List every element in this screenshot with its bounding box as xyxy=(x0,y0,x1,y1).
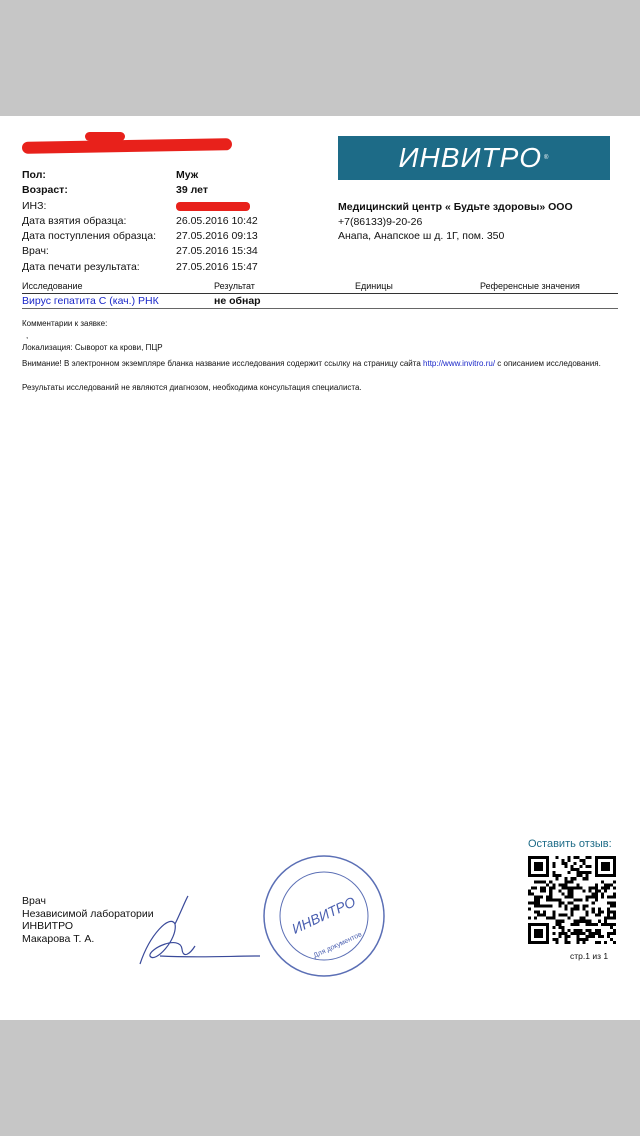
field-value xyxy=(176,202,250,211)
divider xyxy=(22,308,618,309)
comments-label: Комментарии к заявке: xyxy=(22,319,602,329)
localization: Локализация: Сыворот ка крови, ПЦР xyxy=(22,343,602,353)
page-number: стр.1 из 1 xyxy=(570,951,608,961)
col-units: Единицы xyxy=(355,281,393,291)
svg-text:ИНВИТРО: ИНВИТРО xyxy=(289,893,358,936)
medical-center-info: Медицинский центр « Будьте здоровы» ООО … xyxy=(338,200,573,244)
signature-icon xyxy=(120,894,280,974)
field-value: 26.05.2016 10:42 xyxy=(176,214,258,229)
col-test: Исследование xyxy=(22,281,82,291)
invitro-link[interactable]: http://www.invitro.ru/ xyxy=(423,359,495,368)
qr-code-icon[interactable] xyxy=(528,856,616,944)
invitro-logo: ИНВИТРО® xyxy=(338,136,610,180)
field-label: Возраст: xyxy=(22,183,68,198)
results-table-header: Исследование Результат Единицы Референсн… xyxy=(22,280,618,292)
field-label: Дата печати результата: xyxy=(22,260,140,275)
field-value: Муж xyxy=(176,168,198,183)
col-ref: Референсные значения xyxy=(480,281,580,291)
field-label: Врач: xyxy=(22,244,49,259)
col-result: Результат xyxy=(214,281,255,291)
field-label: Дата поступления образца: xyxy=(22,229,156,244)
field-label: Пол: xyxy=(22,168,46,183)
disclaimer: Результаты исследований не являются диаг… xyxy=(22,383,602,393)
divider xyxy=(22,293,618,294)
redacted-patient-name-2 xyxy=(85,132,125,141)
field-value: 39 лет xyxy=(176,183,208,198)
test-name-link[interactable]: Вирус гепатита С (кач.) РНК xyxy=(22,295,159,307)
test-result: не обнар xyxy=(214,295,261,307)
result-document: Пол:МужВозраст:39 летИНЗ:Дата взятия обр… xyxy=(0,116,640,1020)
center-address: Анапа, Анапское ш д. 1Г, пом. 350 xyxy=(338,229,573,244)
leave-review-label: Оставить отзыв: xyxy=(528,838,612,850)
comment-value: , xyxy=(26,331,606,341)
field-value: 27.05.2016 15:34 xyxy=(176,244,258,259)
field-label: Дата взятия образца: xyxy=(22,214,126,229)
field-value: 27.05.2016 15:47 xyxy=(176,260,258,275)
field-value: 27.05.2016 09:13 xyxy=(176,229,258,244)
center-phone: +7(86133)9-20-26 xyxy=(338,215,573,230)
center-name: Медицинский центр « Будьте здоровы» ООО xyxy=(338,200,573,215)
field-label: ИНЗ: xyxy=(22,199,46,214)
svg-text:Для документов: Для документов xyxy=(313,931,364,960)
warning-text: Внимание! В электронном экземпляре бланк… xyxy=(22,359,602,369)
redacted-patient-name xyxy=(22,138,232,154)
stamp-icon: ИНВИТРО Для документов xyxy=(262,854,386,978)
